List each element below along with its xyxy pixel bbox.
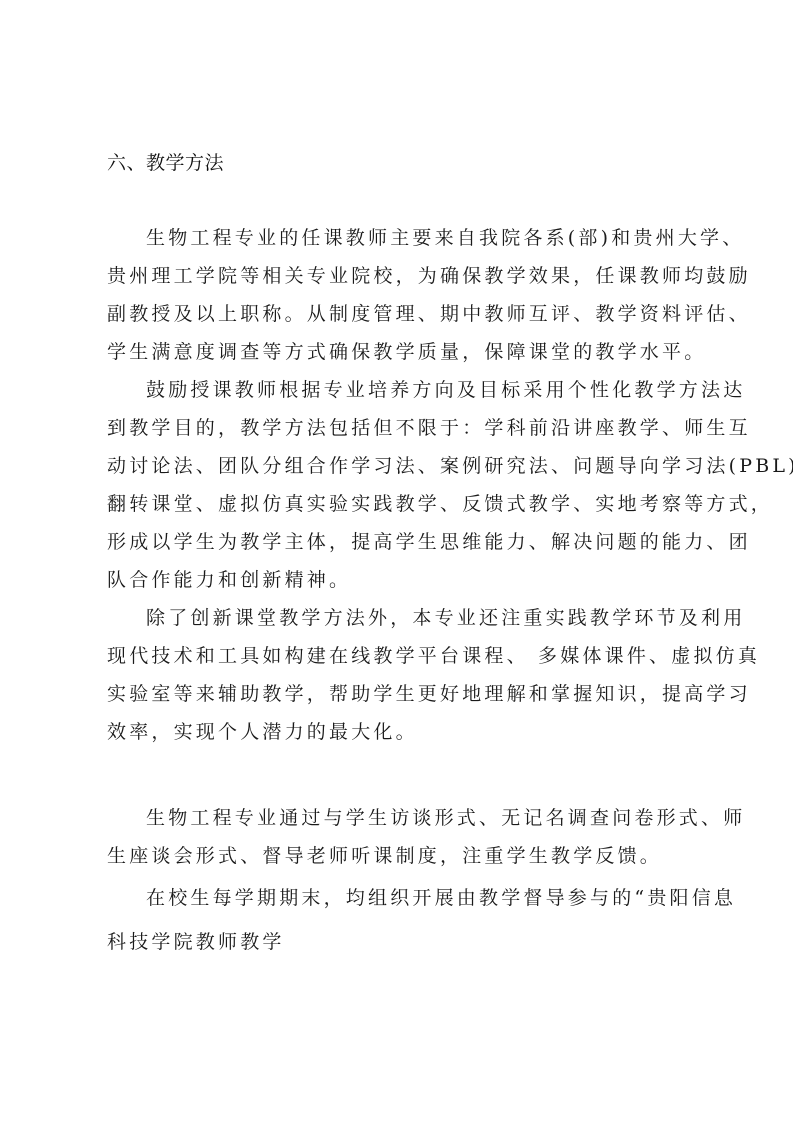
paragraph-3-line-1: 除了创新课堂教学方法外，本专业还注重实践教学环节及利用 [146, 606, 745, 630]
document-page: 六、教学方法 生物工程专业的任课教师主要来自我院各系(部)和贵州大学、 贵州理工… [0, 0, 793, 1122]
paragraph-1-line-1: 生物工程专业的任课教师主要来自我院各系(部)和贵州大学、 [146, 226, 744, 250]
paragraph-1-line-3: 副教授及以上职称。从制度管理、期中教师互评、教学资料评估、 [107, 302, 751, 326]
section-heading: 六、教学方法 [107, 150, 224, 176]
paragraph-2-line-6: 队合作能力和创新精神。 [107, 568, 351, 592]
paragraph-3-line-4: 效率，实现个人潜力的最大化。 [107, 720, 418, 744]
paragraph-1-line-4: 学生满意度调查等方式确保教学质量，保障课堂的教学水平。 [107, 340, 706, 364]
paragraph-5-line-1: 在校生每学期期末，均组织开展由教学督导参与的“贵阳信息 [146, 886, 736, 910]
paragraph-2-line-4: 翻转课堂、虚拟仿真实验实践教学、反馈式教学、实地考察等方式， [107, 492, 773, 516]
paragraph-2-line-2: 到教学目的，教学方法包括但不限于：学科前沿讲座教学、师生互 [107, 416, 751, 440]
paragraph-2-line-1: 鼓励授课教师根据专业培养方向及目标采用个性化教学方法达 [146, 378, 745, 402]
paragraph-1-line-2: 贵州理工学院等相关专业院校，为确保教学效果，任课教师均鼓励 [107, 264, 751, 288]
paragraph-4-line-1: 生物工程专业通过与学生访谈形式、无记名调查问卷形式、师 [146, 806, 745, 830]
paragraph-3-line-3: 实验室等来辅助教学，帮助学生更好地理解和掌握知识，提高学习 [107, 682, 751, 706]
paragraph-5-line-2: 科技学院教师教学 [107, 930, 285, 954]
paragraph-4-line-2: 生座谈会形式、督导老师听课制度，注重学生教学反馈。 [107, 844, 662, 868]
paragraph-3-line-2: 现代技术和工具如构建在线教学平台课程、 多媒体课件、虚拟仿真 [107, 644, 760, 668]
paragraph-2-line-5: 形成以学生为教学主体，提高学生思维能力、解决问题的能力、团 [107, 530, 751, 554]
paragraph-2-line-3: 动讨论法、团队分组合作学习法、案例研究法、问题导向学习法(PBL)、 [107, 454, 793, 478]
